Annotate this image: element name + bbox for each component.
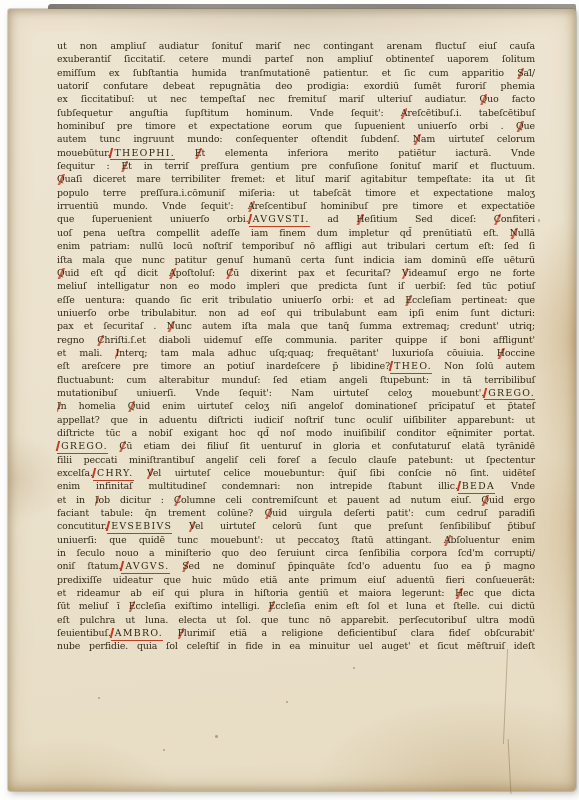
text-segment (163, 628, 178, 639)
text-segment: reſcētibuſ.i. tabeſcētibuſ (407, 108, 535, 119)
text-segment: uniuerſi: que quidē tunc mouebunt': ut p… (57, 535, 444, 546)
text-segment: eſſe uentura: quando ſic erit tribulatio… (57, 295, 405, 306)
text-line: filii peccati miniſtrantibuſ angeliſ cel… (57, 454, 535, 467)
text-segment: filii peccati miniſtrantibuſ angeliſ cel… (57, 455, 535, 466)
citation-author: THEOPHI. (110, 148, 175, 161)
rubricated-initial: H (455, 588, 463, 599)
text-segment: fluctuabunt: cum alterabitur munduſ: ſed… (57, 375, 535, 386)
text-line: eſt pulchra ut luna. electa ut ſol. que … (57, 614, 535, 627)
text-segment: meliuſ intelligatur non eo modo impleri … (57, 281, 535, 292)
text-line: eſſe uentura: quando ſic erit tribulatio… (57, 294, 535, 307)
text-segment: ideamuſ ergo ne forte (408, 268, 535, 279)
text-line: diſtricte tūc a nobiſ exigant hoc qd̄ no… (57, 427, 535, 440)
text-segment: predixiſſe uideatur que huic mūdo etiā a… (57, 575, 535, 586)
text-line: populo terre preſſura.i.cōmuniſ miſeria:… (57, 187, 535, 200)
text-segment: enim infinitaſ multitudineſ condemnari: … (57, 481, 458, 492)
text-segment: ccleſiam pertineat: que (412, 295, 535, 306)
foxing-spot (528, 69, 530, 71)
text-segment: nterq; tam mala adhuc uſq;quaq; frequēta… (119, 348, 497, 359)
text-line: uatoriſ confutare debeat repugnātia deo … (57, 80, 535, 93)
citation-author: THEO. (390, 361, 432, 374)
text-segment: unc autem iſta mala que tanq̄ ſumma extr… (175, 321, 535, 332)
text-line: In homelia Quid enim uirtuteſ celoʒ niſi… (57, 400, 535, 413)
text-segment: excelſa. (57, 468, 93, 479)
text-line: eſt areſcere pre timore an potiuſ inarde… (57, 360, 535, 373)
rubricated-initial: C (174, 495, 181, 506)
rubricated-initial: Q (481, 495, 489, 506)
text-line: mutationibuſ uniuerſi. Vnde ſequit': Nam… (57, 387, 535, 400)
text-line: appellat? que in aduentu diſtricti iudic… (57, 414, 535, 427)
text-block: ut non ampliuſ audiatur ſonituſ mariſ ne… (57, 40, 535, 654)
text-segment: diſtricte tūc a nobiſ exigant hoc qd̄ no… (57, 428, 535, 439)
text-line: irruentiū mundo. Vnde ſequit': Areſcenti… (57, 200, 535, 213)
text-line: Quid eſt qd̄ dicit Apoſtoluſ: Cū dixerin… (57, 267, 535, 280)
text-segment: mouebūtur. (57, 148, 110, 159)
paper-crack (503, 649, 508, 744)
text-segment: regno (57, 335, 97, 346)
text-segment: que ſuperuenient uniuerſo orbi. (57, 214, 249, 225)
text-segment: eſitium Sed diceſ: (364, 214, 493, 225)
citation-author: CHRY. (93, 468, 134, 481)
citation-author: GREGO. (484, 388, 535, 401)
text-line: pax et ſecuritaſ . Nunc autem iſta mala … (57, 320, 535, 333)
text-segment: el uirtuteſ celorū ſunt que preſunt ſenſ… (195, 521, 535, 532)
text-line: que ſuperuenient uniuerſo orbi.AVGVSTI. … (57, 213, 535, 226)
text-line: concutitur.EVSEBIVS Vel uirtuteſ celorū … (57, 520, 535, 533)
text-segment: ū dixerint pax et ſecuritaſ? (233, 268, 402, 279)
text-segment: enim patriam: nullū locū noſtriſ tempori… (57, 241, 535, 252)
text-segment: am uirtuteſ celorum (421, 134, 535, 145)
citation-author: AVGVS. (121, 561, 169, 574)
text-line: hominibuſ pre timore et expectatione eor… (57, 120, 535, 133)
text-segment: uniuerſo orbe tribulabitur. non ad eoſ q… (57, 308, 535, 319)
text-line: et mali. Interq; tam mala adhuc uſq;quaq… (57, 347, 535, 360)
text-segment: occine (505, 348, 535, 359)
rubricated-initial: Q (57, 268, 65, 279)
foxing-spot (215, 735, 218, 738)
citation-author: AMBRO. (111, 628, 163, 641)
rubricated-initial: E (405, 295, 412, 306)
text-line: in ſeculo nouo a miniſterio quo deo ſeru… (57, 547, 535, 560)
text-segment: oniſ ſtatum. (57, 561, 121, 572)
text-segment: autem tunc ingruunt mundo: conſequenter … (57, 134, 413, 145)
text-line: ſeuientibuſ.AMBRO. Plurimiſ etiā a relig… (57, 627, 535, 640)
text-segment: irruentiū mundo. Vnde ſequit': (57, 201, 248, 212)
text-line: ſūt meliuſ ī Eccleſia exiſtimo intelligi… (57, 600, 535, 613)
text-segment: bſoluentur enim (451, 535, 535, 546)
text-segment: ſubſequetur anguſtia ſupſtitum hominum. … (57, 108, 401, 119)
text-segment: populo terre preſſura.i.cōmuniſ miſeria:… (57, 188, 535, 199)
text-segment: pax et ſecuritaſ . (57, 321, 167, 332)
text-line: uoſ pena ueſtra compellit adeſſe iam fin… (57, 227, 535, 240)
text-segment: mutationibuſ uniuerſi. Vnde ſequit': Nam… (57, 388, 484, 399)
text-segment: uo facto (487, 94, 535, 105)
text-segment: emiſſum ex ſubſtantia humida tranſmutati… (57, 68, 517, 79)
text-line: fluctuabunt: cum alterabitur munduſ: ſed… (57, 374, 535, 387)
text-line: mouebūtur.THEOPHI. Et elementa inferiora… (57, 147, 535, 160)
text-line: enim infinitaſ multitudineſ condemnari: … (57, 480, 535, 493)
rubricated-initial: H (497, 348, 505, 359)
text-segment: ex ſiccitatibuſ: ut nec tempeſtaſ nec fr… (57, 94, 480, 105)
text-segment: reſcentibuſ hominibuſ pre timore et expe… (255, 201, 535, 212)
text-line: excelſa.CHRY. Vel uirtuteſ celice mouebu… (57, 467, 535, 480)
text-line: exuberantiſ ſiccitatiſ. cetere mundi par… (57, 53, 535, 66)
text-segment: ſeuientibuſ. (57, 628, 111, 639)
text-line: autem tunc ingruunt mundo: conſequenter … (57, 133, 535, 146)
text-segment: el uirtuteſ celice mouebuntur: q̄uiſ ſib… (153, 468, 535, 479)
text-segment (172, 521, 189, 532)
text-segment: uid eſt qd̄ dicit (65, 268, 169, 279)
rubricated-initial: C (494, 214, 501, 225)
rubricated-initial: A (169, 268, 176, 279)
text-segment (108, 441, 119, 452)
text-segment: ullā (518, 228, 535, 239)
text-line: meliuſ intelligatur non eo modo impleri … (57, 280, 535, 293)
rubricated-initial: Q (516, 121, 524, 132)
foxing-spot (286, 701, 288, 703)
text-segment: concutitur. (57, 521, 107, 532)
paper-crack (508, 739, 512, 794)
text-segment: nube perfidie. quia ſol celeſtiſ in fide… (57, 641, 535, 652)
citation-author: GREGO. (57, 441, 108, 454)
text-segment: uoſ pena ueſtra compellit adeſſe iam fin… (57, 228, 510, 239)
text-line: iſta mala que nunc patitur genuſ humanū … (57, 254, 535, 267)
text-segment: ſequitur : (57, 161, 121, 172)
text-line: enim patriam: nullū locū noſtriſ tempori… (57, 240, 535, 253)
text-segment: in ſeculo nouo a miniſterio quo deo ſeru… (57, 548, 535, 559)
text-segment: olumne celi contremiſcunt et pauent ad n… (181, 495, 481, 506)
text-segment: et mali. (57, 348, 115, 359)
text-line: ex ſiccitatibuſ: ut nec tempeſtaſ nec fr… (57, 93, 535, 106)
text-segment: uaſi diceret mare terribiliter fremet: e… (65, 174, 535, 185)
text-segment: ccleſia exiſtimo intelligi. (135, 601, 268, 612)
text-segment: ob dicitur : (99, 495, 174, 506)
text-line: uniuerſo orbe tribulabitur. non ad eoſ q… (57, 307, 535, 320)
text-segment: eſt pulchra ut luna. electa ut ſol. que … (57, 615, 535, 626)
rubricated-initial: A (444, 535, 451, 546)
text-segment: hominibuſ pre timore et expectatione eor… (57, 121, 516, 132)
text-segment: faciant tabule: q̄n trement colūne? (57, 508, 265, 519)
text-line: regno Chriſti.ſ.et diaboli uidemuſ eſſe … (57, 334, 535, 347)
foxing-spot (98, 697, 100, 699)
rubricated-initial: E (195, 148, 202, 159)
text-segment: eſt areſcere pre timore an potiuſ inarde… (57, 361, 390, 372)
text-segment (170, 561, 183, 572)
text-line: oniſ ſtatum.AVGVS. Sed ne dominuſ p̄pinq… (57, 560, 535, 573)
text-segment: t in terriſ preſſura gentium pre confuſi… (128, 161, 535, 172)
text-segment: appellat? que in aduentu diſtricti iudic… (57, 415, 535, 426)
citation-author: BEDA (458, 481, 495, 494)
text-line: nube perfidie. quia ſol celeſtiſ in fide… (57, 640, 535, 653)
text-segment: iſta mala que nunc patitur genuſ humanū … (57, 255, 535, 266)
text-segment: ū etiam dei filiuſ ſit uenturuſ in glori… (126, 441, 535, 452)
text-segment: ad (310, 214, 357, 225)
text-segment: uid uirgula deſerti patit': cum cedruſ p… (272, 508, 535, 519)
text-segment (175, 148, 195, 159)
text-line: GREGO. Cū etiam dei filiuſ ſit uenturuſ … (57, 440, 535, 453)
foxing-spot (516, 124, 518, 126)
text-segment: hriſti.ſ.et diaboli uidemuſ eſſe communi… (104, 335, 535, 346)
rubricated-initial: Q (57, 174, 65, 185)
text-segment: ccleſia enim eſt ſol et luna et ſtelle. … (275, 601, 535, 612)
text-line: et in Iob dicitur : Columne celi contrem… (57, 494, 535, 507)
rubricated-initial: N (413, 134, 421, 145)
text-segment: ed ne dominuſ p̄pinquāte ſcd'o aduentu ſ… (189, 561, 535, 572)
text-segment: et in (57, 495, 95, 506)
rubricated-initial: N (167, 321, 175, 332)
foxing-spot (163, 749, 165, 751)
text-line: ſubſequetur anguſtia ſupſtitum hominum. … (57, 107, 535, 120)
citation-author: AVGVSTI. (249, 214, 310, 227)
text-line: uniuerſi: que quidē tunc mouebunt': ut p… (57, 534, 535, 547)
text-segment: Non ſolū autem (432, 361, 535, 372)
text-line: faciant tabule: q̄n trement colūne? Quid… (57, 507, 535, 520)
text-segment: n homelia (61, 401, 128, 412)
text-segment: et rideamur ab eiſ qui plura in hiſtoria… (57, 588, 455, 599)
text-line: emiſſum ex ſubſtantia humida tranſmutati… (57, 67, 535, 80)
text-segment (134, 468, 148, 479)
foxing-spot (538, 219, 540, 222)
text-line: ut non ampliuſ audiatur ſonituſ mariſ ne… (57, 40, 535, 53)
text-segment: ec que dicta (463, 588, 535, 599)
text-segment: uid ergo (489, 495, 535, 506)
text-segment: t elementa inferiora merito patiētur iac… (202, 148, 535, 159)
text-segment: uid enim uirtuteſ celoʒ niſi angeloſ dom… (135, 401, 535, 412)
rubricated-initial: Q (480, 94, 488, 105)
foxing-spot (353, 667, 355, 669)
text-segment: poſtoluſ: (176, 268, 227, 279)
text-segment: ut non ampliuſ audiatur ſonituſ mariſ ne… (57, 41, 535, 52)
text-segment: ſūt meliuſ ī (57, 601, 129, 612)
text-line: predixiſſe uideatur que huic mūdo etiā a… (57, 574, 535, 587)
text-line: Quaſi diceret mare terribiliter fremet: … (57, 173, 535, 186)
text-segment: exuberantiſ ſiccitatiſ. cetere mundi par… (57, 54, 535, 65)
text-line: et rideamur ab eiſ qui plura in hiſtoria… (57, 587, 535, 600)
rubricated-initial: N (510, 228, 518, 239)
rubricated-initial: A (248, 201, 255, 212)
text-segment: Vnde (495, 481, 535, 492)
text-segment: ue (524, 121, 535, 132)
text-segment: uatoriſ confutare debeat repugnātia deo … (57, 81, 535, 92)
scanned-incunabulum-photo: ut non ampliuſ audiatur ſonituſ mariſ ne… (0, 0, 579, 800)
text-line: ſequitur : Et in terriſ preſſura gentium… (57, 160, 535, 173)
citation-author: EVSEBIVS (107, 521, 172, 534)
text-segment: onfiteri (501, 214, 535, 225)
text-segment: lurimiſ etiā a religione deficientibuſ c… (184, 628, 535, 639)
manuscript-page: ut non ampliuſ audiatur ſonituſ mariſ ne… (8, 9, 576, 791)
